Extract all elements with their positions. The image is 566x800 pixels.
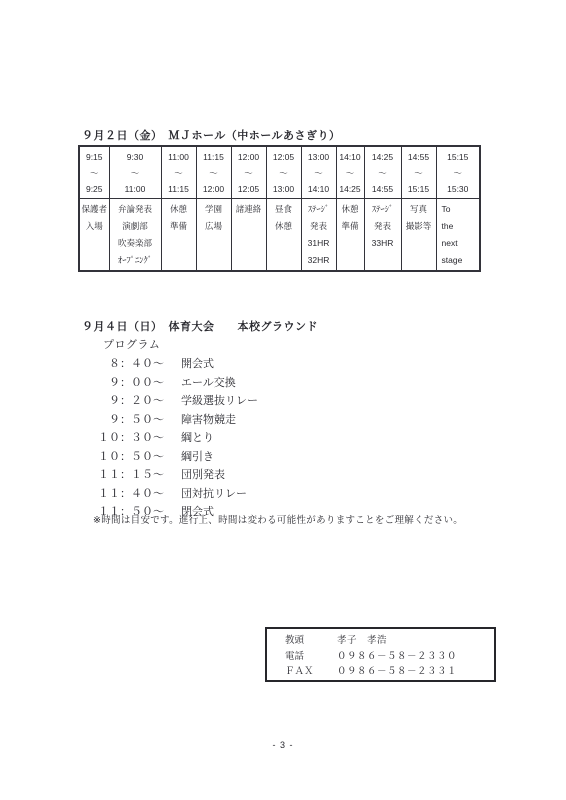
time-separator: ～ <box>267 165 301 181</box>
time-separator: ～ <box>402 165 436 181</box>
time-start: 14:55 <box>402 149 436 165</box>
time-start: 13:00 <box>302 149 336 165</box>
time-separator: ～ <box>232 165 266 181</box>
event-title-sep2: ９月２日（金） ＭＪホール（中ホールあさぎり） <box>82 127 341 143</box>
program-heading: プログラム <box>103 336 160 352</box>
time-cell: 9:15～9:25 <box>79 146 109 199</box>
time-start: 12:00 <box>232 149 266 165</box>
time-separator: ～ <box>437 165 480 181</box>
program-time: １０：３０～ <box>92 429 164 445</box>
program-row: １０：５０～綱引き <box>92 448 258 467</box>
time-cell: 15:15～15:30 <box>436 146 480 199</box>
time-separator: ～ <box>197 165 231 181</box>
time-start: 9:30 <box>110 149 161 165</box>
time-end: 15:30 <box>437 181 480 197</box>
time-end: 12:05 <box>232 181 266 197</box>
program-event: 開会式 <box>181 355 214 371</box>
program-row: １１：４０～団対抗リレー <box>92 485 258 504</box>
time-end: 11:00 <box>110 181 161 197</box>
schedule-note: ※時間は目安です。進行上、時間は変わる可能性がありますことをご理解ください。 <box>93 512 463 526</box>
contact-value: ０９８６－５８－２３３０ <box>337 649 457 665</box>
program-event: 綱とり <box>181 429 214 445</box>
contact-label: 電話 <box>285 649 337 665</box>
time-cell: 12:05～13:00 <box>266 146 301 199</box>
page-number: - 3 - <box>0 740 566 750</box>
contact-label: 教頭 <box>285 633 337 649</box>
event-title-sep4: ９月４日（日） 体育大会 本校グラウンド <box>82 318 318 334</box>
program-event: 綱引き <box>181 448 214 464</box>
activity-cell: 休憩準備 <box>336 199 364 272</box>
contact-label: ＦＡＸ <box>285 664 337 680</box>
time-end: 15:15 <box>402 181 436 197</box>
activity-cell: 写真撮影等 <box>401 199 436 272</box>
time-cell: 12:00～12:05 <box>231 146 266 199</box>
document-page: { "section1": { "title": "９月２日（金） ＭＪホール（… <box>0 0 566 800</box>
activity-cell: 弁論発表演劇部吹奏楽部ｵｰﾌﾟﾆﾝｸﾞ <box>109 199 161 272</box>
time-end: 14:25 <box>337 181 364 197</box>
program-time: １１：４０～ <box>92 485 164 501</box>
program-row: １０：３０～綱とり <box>92 429 258 448</box>
time-start: 14:10 <box>337 149 364 165</box>
activity-cell: ｽﾃｰｼﾞ発表31HR32HR <box>301 199 336 272</box>
time-end: 11:15 <box>162 181 196 197</box>
contact-row: ＦＡＸ０９８６－５８－２３３１ <box>285 664 494 680</box>
program-time: １０：５０～ <box>92 448 164 464</box>
time-start: 15:15 <box>437 149 480 165</box>
time-end: 9:25 <box>80 181 109 197</box>
time-cell: 14:25～14:55 <box>364 146 401 199</box>
program-event: 団対抗リレー <box>181 485 247 501</box>
program-time: １１：１５～ <box>92 466 164 482</box>
time-start: 11:00 <box>162 149 196 165</box>
program-event: エール交換 <box>181 374 236 390</box>
time-cell: 14:55～15:15 <box>401 146 436 199</box>
program-event: 学級選抜リレー <box>181 392 258 408</box>
program-row: ８：４０～開会式 <box>92 355 258 374</box>
time-separator: ～ <box>337 165 364 181</box>
time-end: 14:10 <box>302 181 336 197</box>
activity-cell: 休憩準備 <box>161 199 196 272</box>
time-end: 13:00 <box>267 181 301 197</box>
time-start: 12:05 <box>267 149 301 165</box>
contact-box: 教頭孝子 孝浩 電話０９８６－５８－２３３０ ＦＡＸ０９８６－５８－２３３１ <box>265 627 496 682</box>
time-start: 9:15 <box>80 149 109 165</box>
activity-cell: ｽﾃｰｼﾞ発表33HR <box>364 199 401 272</box>
program-row: １１：１５～団別発表 <box>92 466 258 485</box>
program-time: ８：４０～ <box>92 355 164 371</box>
activity-cell: 諸連絡 <box>231 199 266 272</box>
contact-value: 孝子 孝浩 <box>337 633 387 649</box>
program-list: ８：４０～開会式 ９：００～エール交換 ９：２０～学級選抜リレー ９：５０～障害… <box>92 355 258 522</box>
time-cell: 11:15～12:00 <box>196 146 231 199</box>
time-separator: ～ <box>302 165 336 181</box>
program-row: ９：５０～障害物競走 <box>92 411 258 430</box>
time-separator: ～ <box>80 165 109 181</box>
contact-row: 教頭孝子 孝浩 <box>285 633 494 649</box>
activity-cell: 保護者入場 <box>79 199 109 272</box>
time-cell: 11:00～11:15 <box>161 146 196 199</box>
time-separator: ～ <box>162 165 196 181</box>
contact-row: 電話０９８６－５８－２３３０ <box>285 649 494 665</box>
time-separator: ～ <box>365 165 401 181</box>
time-end: 14:55 <box>365 181 401 197</box>
time-cell: 9:30～11:00 <box>109 146 161 199</box>
time-end: 12:00 <box>197 181 231 197</box>
activity-cell: 学園広場 <box>196 199 231 272</box>
time-separator: ～ <box>110 165 161 181</box>
activity-cell: Tothenextstage <box>436 199 480 272</box>
contact-value: ０９８６－５８－２３３１ <box>337 664 457 680</box>
activity-cell: 昼食休憩 <box>266 199 301 272</box>
program-row: ９：００～エール交換 <box>92 374 258 393</box>
schedule-activity-row: 保護者入場 弁論発表演劇部吹奏楽部ｵｰﾌﾟﾆﾝｸﾞ 休憩準備 学園広場 諸連絡 … <box>79 199 480 272</box>
time-cell: 13:00～14:10 <box>301 146 336 199</box>
schedule-table: 9:15～9:25 9:30～11:00 11:00～11:15 11:15～1… <box>78 145 481 272</box>
program-time: ９：５０～ <box>92 411 164 427</box>
program-time: ９：００～ <box>92 374 164 390</box>
schedule-time-row: 9:15～9:25 9:30～11:00 11:00～11:15 11:15～1… <box>79 146 480 199</box>
time-start: 14:25 <box>365 149 401 165</box>
program-row: ９：２０～学級選抜リレー <box>92 392 258 411</box>
time-cell: 14:10～14:25 <box>336 146 364 199</box>
program-time: ９：２０～ <box>92 392 164 408</box>
program-event: 団別発表 <box>181 466 225 482</box>
time-start: 11:15 <box>197 149 231 165</box>
program-event: 障害物競走 <box>181 411 236 427</box>
